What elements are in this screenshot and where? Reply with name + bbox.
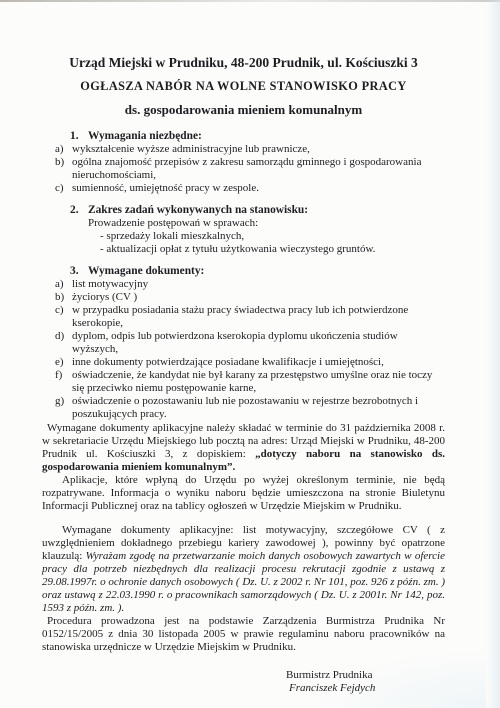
- section-title: Wymagane dokumenty:: [88, 265, 204, 277]
- section-number: 2.: [70, 204, 88, 217]
- item-label: b): [55, 156, 72, 169]
- section-title: Zakres zadań wykonywanych na stanowisku:: [88, 204, 308, 216]
- section-heading: 1.Wymagania niezbędne:: [70, 130, 445, 143]
- item-label: f): [55, 369, 72, 382]
- item-text: życiorys (CV ): [72, 291, 137, 303]
- item-label: e): [55, 356, 72, 369]
- section-duties: 2.Zakres zadań wykonywanych na stanowisk…: [42, 204, 445, 256]
- list-item: a)list motywacyjny: [42, 278, 445, 291]
- list-item: b)ogólna znajomość przepisów z zakresu s…: [42, 156, 445, 182]
- section-number: 1.: [70, 130, 88, 143]
- announcement-title: OGŁASZA NABÓR NA WOLNE STANOWISKO PRACY: [42, 80, 445, 93]
- item-text: w przypadku posiadania stażu pracy świad…: [72, 304, 408, 329]
- list-item: f)oświadczenie, że kandydat nie był kara…: [42, 369, 445, 395]
- list-item: a)wykształcenie wyższe administracyjne l…: [42, 143, 445, 156]
- signature-name: Franciszek Fejdych: [286, 682, 445, 695]
- document-header: Urząd Miejski w Prudniku, 48-200 Prudnik…: [42, 0, 445, 117]
- dash-item: - sprzedaży lokali mieszkalnych,: [100, 230, 445, 243]
- item-label: b): [55, 291, 72, 304]
- item-label: a): [55, 278, 72, 291]
- item-text: oświadczenie o pozostawaniu lub nie pozo…: [72, 395, 418, 420]
- item-text: oświadczenie, że kandydat nie był karany…: [72, 369, 432, 394]
- item-label: g): [55, 395, 72, 408]
- item-text: ogólna znajomość przepisów z zakresu sam…: [72, 156, 421, 181]
- clause-paragraph: Wymagane dokumenty aplikacyjne: list mot…: [42, 524, 445, 615]
- item-label: c): [55, 304, 72, 317]
- document-content: Urząd Miejski w Prudniku, 48-200 Prudnik…: [42, 0, 445, 695]
- item-text: sumienność, umiejętność pracy w zespole.: [72, 182, 259, 194]
- item-label: d): [55, 330, 72, 343]
- signature-title: Burmistrz Prudnika: [286, 669, 445, 682]
- item-text: dyplom, odpis lub potwierdzona kserokopi…: [72, 330, 398, 355]
- item-label: c): [55, 182, 72, 195]
- section-title: Wymagania niezbędne:: [88, 130, 202, 142]
- list-item: c)w przypadku posiadania stażu pracy świ…: [42, 304, 445, 330]
- position-title: ds. gospodarowania mieniem komunalnym: [42, 103, 445, 117]
- list-item: e)inne dokumenty potwierdzające posiadan…: [42, 356, 445, 369]
- item-label: a): [55, 143, 72, 156]
- submission-paragraph: Wymagane dokumenty aplikacyjne należy sk…: [42, 422, 445, 474]
- late-applications-paragraph: Aplikacje, które wpłyną do Urzędu po wyż…: [42, 474, 445, 513]
- dash-item: - aktualizacji opłat z tytułu użytkowani…: [100, 243, 445, 256]
- signature-block: Burmistrz Prudnika Franciszek Fejdych: [286, 669, 445, 695]
- item-text: inne dokumenty potwierdzające posiadane …: [72, 356, 384, 368]
- section-requirements: 1.Wymagania niezbędne: a)wykształcenie w…: [42, 130, 445, 195]
- section-documents: 3.Wymagane dokumenty: a)list motywacyjny…: [42, 265, 445, 421]
- item-text: list motywacyjny: [72, 278, 148, 290]
- section-heading: 2.Zakres zadań wykonywanych na stanowisk…: [70, 204, 445, 217]
- section-intro: Prowadzenie postępowań w sprawach:: [88, 217, 445, 230]
- item-text: wykształcenie wyższe administracyjne lub…: [72, 143, 310, 155]
- scanned-document-page: Urząd Miejski w Prudniku, 48-200 Prudnik…: [0, 0, 500, 708]
- section-number: 3.: [70, 265, 88, 278]
- section-heading: 3.Wymagane dokumenty:: [70, 265, 445, 278]
- list-item: d)dyplom, odpis lub potwierdzona kseroko…: [42, 330, 445, 356]
- scan-edge-artifact-right: [486, 0, 500, 708]
- list-item: b)życiorys (CV ): [42, 291, 445, 304]
- body-paragraphs: Wymagane dokumenty aplikacyjne należy sk…: [42, 422, 445, 654]
- procedure-paragraph: Procedura prowadzona jest na podstawie Z…: [42, 615, 445, 654]
- list-item: c)sumienność, umiejętność pracy w zespol…: [42, 182, 445, 195]
- office-address-line: Urząd Miejski w Prudniku, 48-200 Prudnik…: [42, 56, 445, 70]
- consent-clause-italic: Wyrażam zgodę na przetwarzanie moich dan…: [42, 550, 445, 614]
- list-item: g)oświadczenie o pozostawaniu lub nie po…: [42, 395, 445, 421]
